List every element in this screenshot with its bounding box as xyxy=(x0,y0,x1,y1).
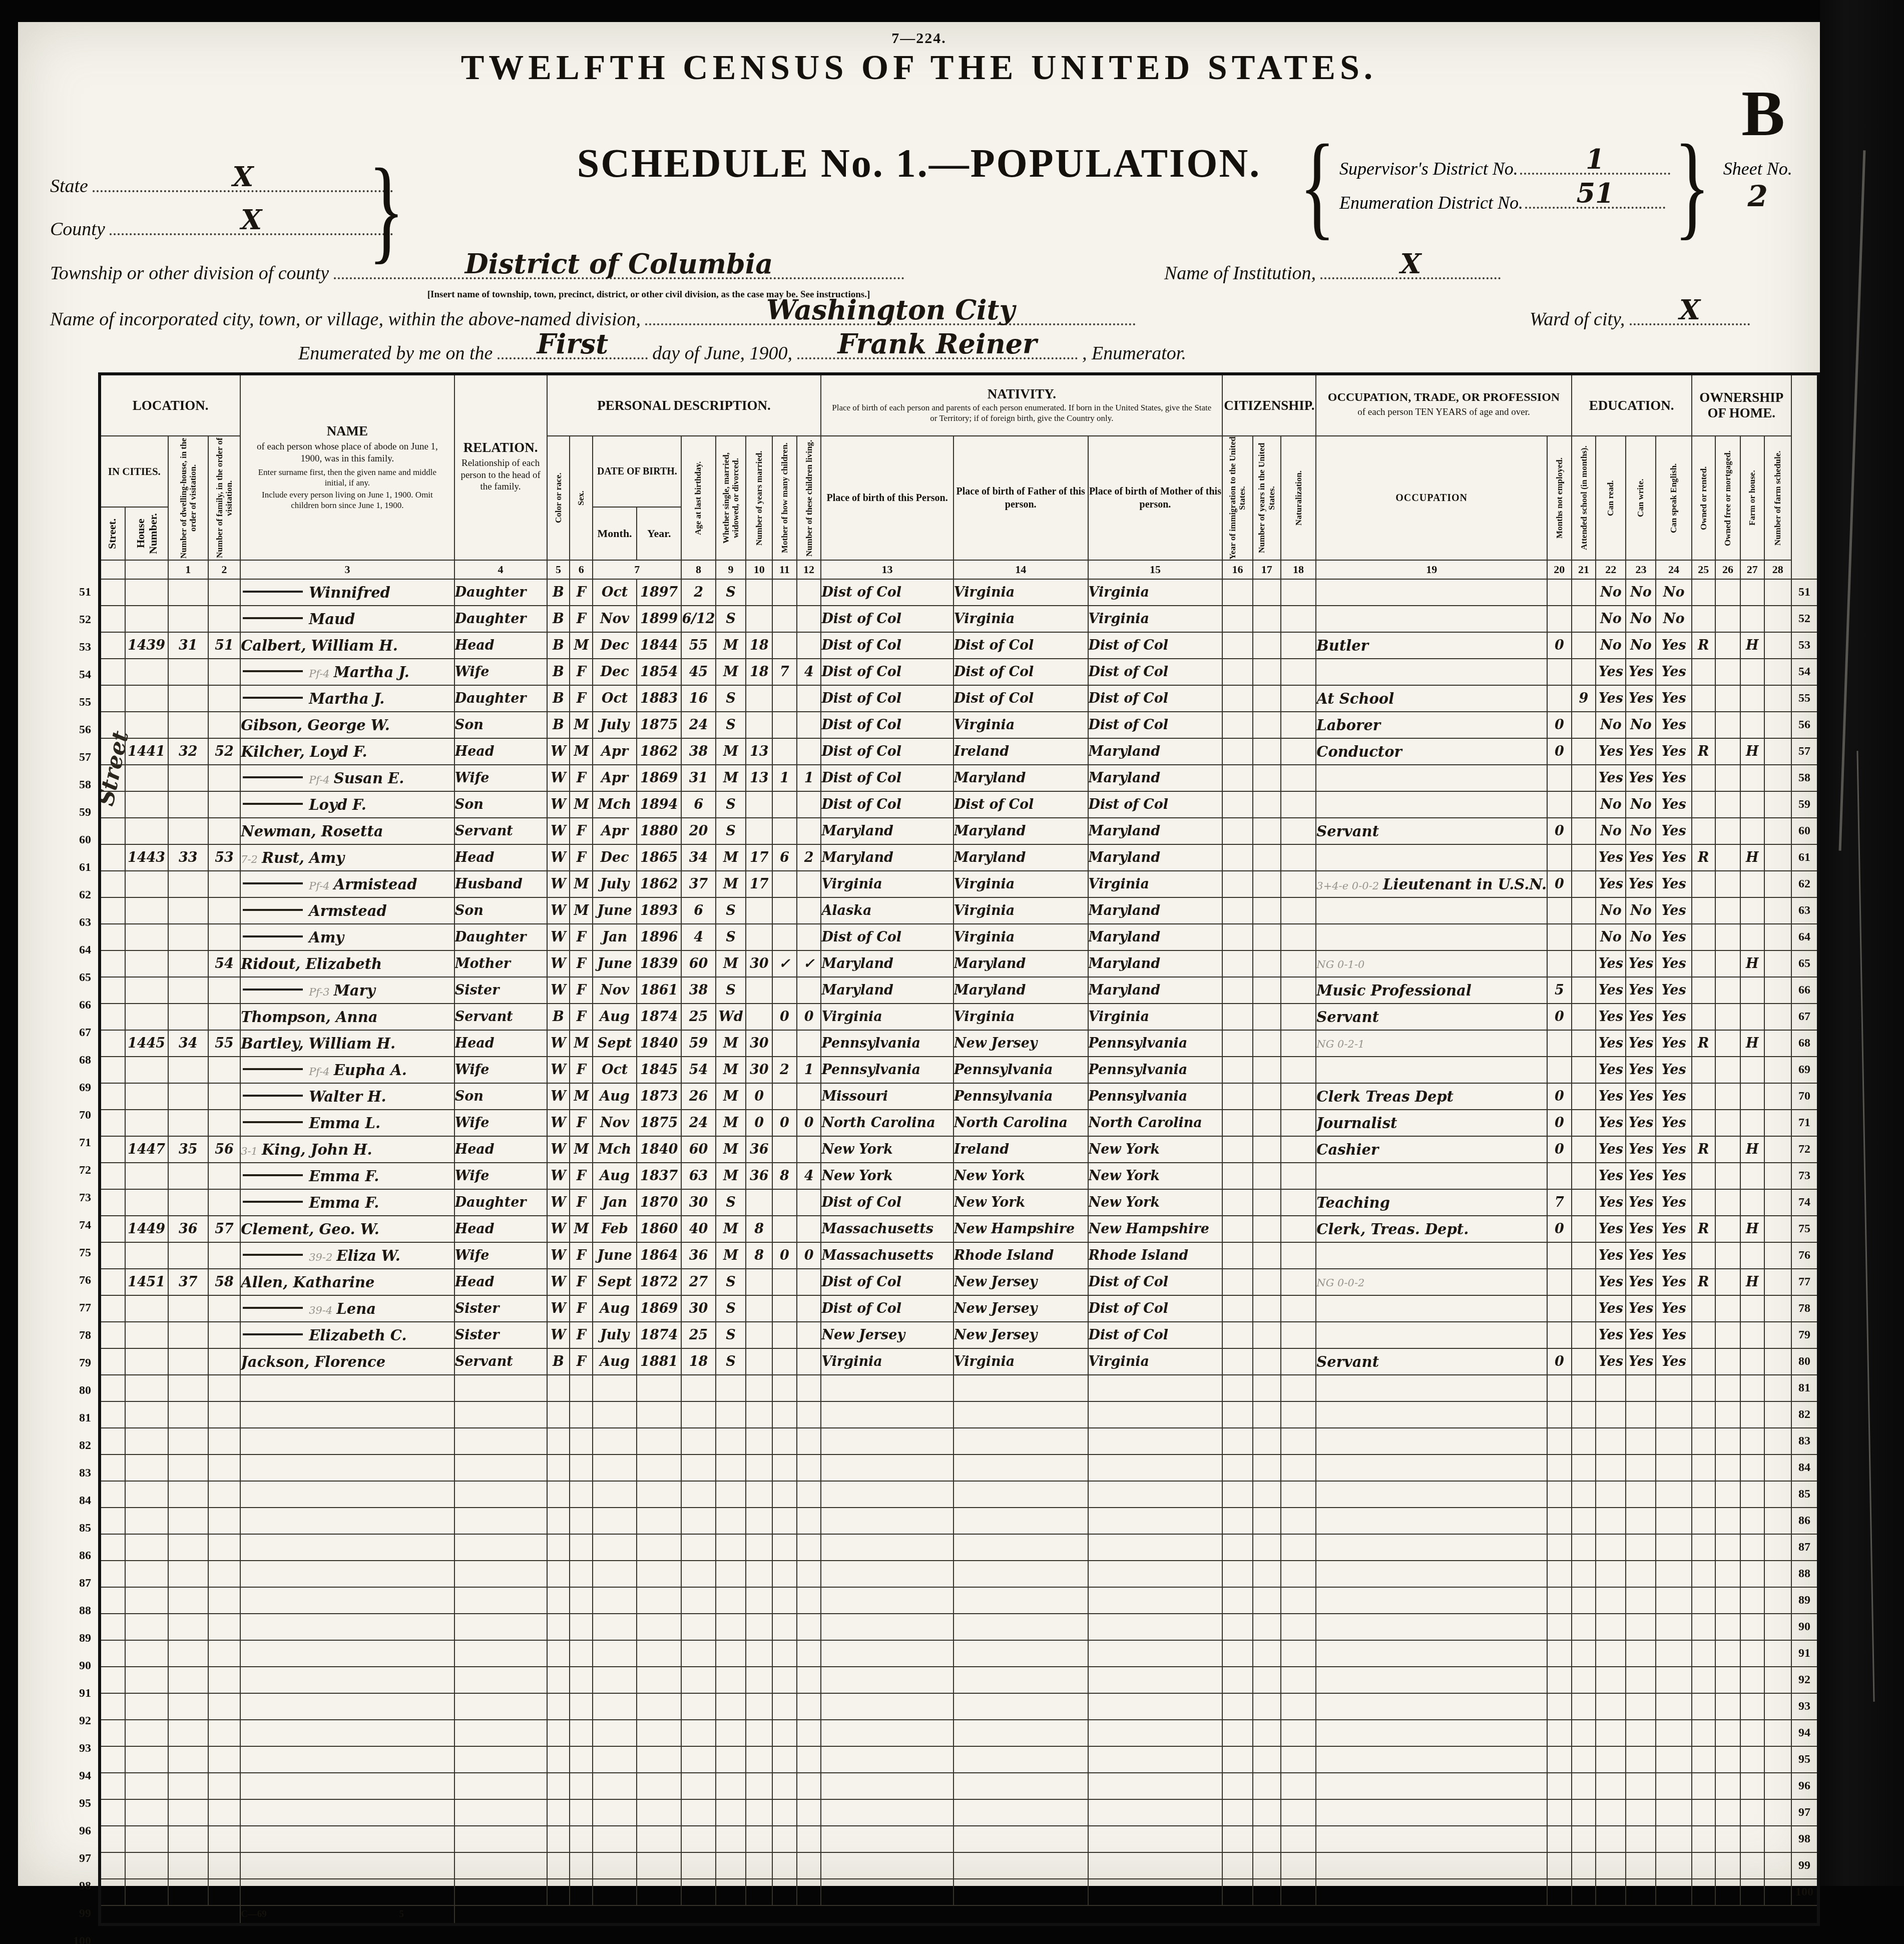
cell-nat xyxy=(1281,1057,1316,1083)
cell-pb: Dist of Col xyxy=(821,712,953,738)
cell-yr: 1875 xyxy=(637,712,682,738)
cell-pbf: Ireland xyxy=(954,1136,1088,1163)
cell-or xyxy=(1692,1826,1715,1852)
cell-dw xyxy=(168,1083,208,1110)
sch-value: 9 xyxy=(1579,691,1589,706)
cell-en xyxy=(1656,1401,1691,1428)
cell-mar: M xyxy=(716,950,746,977)
mch-value: 0 xyxy=(780,1248,789,1263)
cell-rel: Mother xyxy=(454,950,547,977)
cell-house xyxy=(125,1799,168,1826)
mo-value: Nov xyxy=(600,1115,629,1131)
cell-fm xyxy=(1715,1826,1740,1852)
cell-mo: Mch xyxy=(593,791,637,818)
cell-wr: Yes xyxy=(1626,1136,1656,1163)
cell-mo: Apr xyxy=(593,818,637,844)
wr-value: Yes xyxy=(1629,744,1653,759)
pb-value: Massachusetts xyxy=(821,1248,933,1263)
age-value: 30 xyxy=(689,1301,708,1316)
cell-mo: Aug xyxy=(593,1163,637,1189)
sex-value: F xyxy=(577,1248,586,1263)
pbm-value: New York xyxy=(1089,1195,1160,1210)
cell-sex xyxy=(570,1428,593,1454)
cell-rel xyxy=(454,1746,547,1773)
cell-fh xyxy=(1740,685,1764,712)
cell-col xyxy=(547,1614,570,1640)
cell-fam: 54 xyxy=(208,950,240,977)
table-row: 14453455Bartley, William H.HeadWMSept184… xyxy=(100,1030,1818,1057)
rd-value: No xyxy=(1600,903,1622,918)
cell-sch xyxy=(1572,1852,1596,1879)
yr-value: 1894 xyxy=(640,797,678,812)
cell-sch xyxy=(1572,1561,1596,1587)
sex-value: M xyxy=(574,638,589,653)
table-row: 89 xyxy=(100,1587,1818,1614)
cell-mch xyxy=(772,1614,797,1640)
margin-row-number: 67 xyxy=(62,1026,91,1040)
cell-occ: NG 0-0-2 xyxy=(1316,1269,1547,1295)
cell-col xyxy=(547,1799,570,1826)
cell-nat xyxy=(1281,1242,1316,1269)
ym-value: 13 xyxy=(750,744,769,759)
cell-yus xyxy=(1253,579,1281,606)
ditto-dash xyxy=(243,1254,303,1256)
cell-mar xyxy=(716,1375,746,1401)
col-value: B xyxy=(553,1009,564,1025)
wr-value: Yes xyxy=(1629,1221,1653,1237)
cell-mcl xyxy=(797,1348,821,1375)
cell-street xyxy=(100,765,125,791)
cell-num: 67 xyxy=(1791,1004,1818,1030)
mne-value: 7 xyxy=(1555,1195,1564,1210)
cell-rel xyxy=(454,1561,547,1587)
rel-value: Head xyxy=(455,638,495,653)
cell-fam xyxy=(208,1693,240,1720)
cell-col: W xyxy=(547,1110,570,1136)
cell-col xyxy=(547,1428,570,1454)
cell-fm xyxy=(1715,1534,1740,1561)
cell-pbm: Virginia xyxy=(1088,1348,1223,1375)
cell-yr xyxy=(637,1640,682,1667)
yr-value: 1893 xyxy=(640,903,678,918)
cell-pbf: North Carolina xyxy=(954,1110,1088,1136)
cell-wr xyxy=(1626,1799,1656,1826)
cell-or: R xyxy=(1692,632,1715,659)
cell-yus xyxy=(1253,1614,1281,1640)
cell-age xyxy=(681,1534,715,1561)
pbf-value: Ireland xyxy=(954,1142,1009,1157)
cell-rd: Yes xyxy=(1596,1242,1626,1269)
cell-name: Newman, Rosetta xyxy=(240,818,454,844)
cell-sex: M xyxy=(570,1083,593,1110)
cell-occ xyxy=(1316,924,1547,950)
col-age: Age at last birthday. xyxy=(681,436,715,560)
cell-age: 38 xyxy=(681,738,715,765)
table-row: Loyd F.SonWMMch18946SDist of ColDist of … xyxy=(100,791,1818,818)
cell-pbm: Virginia xyxy=(1088,1004,1223,1030)
cell-mo xyxy=(593,1826,637,1852)
mar-value: M xyxy=(723,1036,738,1051)
cell-street xyxy=(100,1428,125,1454)
cell-pb xyxy=(821,1587,953,1614)
pbf-value: New York xyxy=(954,1168,1025,1184)
cell-rel xyxy=(454,1640,547,1667)
cell-mcl xyxy=(797,1879,821,1905)
cell-im xyxy=(1222,1879,1253,1905)
cell-mch xyxy=(772,738,797,765)
occupation-value: Journalist xyxy=(1316,1115,1397,1132)
mne-value: 0 xyxy=(1555,823,1564,839)
margin-row-number: 65 xyxy=(62,971,91,985)
cell-dw xyxy=(168,1640,208,1667)
cell-pbf: Maryland xyxy=(954,765,1088,791)
cell-fh xyxy=(1740,1799,1764,1826)
cell-pbf: Dist of Col xyxy=(954,791,1088,818)
cell-fs xyxy=(1764,1561,1791,1587)
cell-name xyxy=(240,1826,454,1852)
cell-mne xyxy=(1547,1057,1572,1083)
mar-value: S xyxy=(726,717,736,733)
cell-fam xyxy=(208,1481,240,1508)
cell-sch xyxy=(1572,1057,1596,1083)
table-row: 84 xyxy=(100,1454,1818,1481)
cell-or xyxy=(1692,1348,1715,1375)
cell-ym xyxy=(746,1667,772,1693)
cell-en: Yes xyxy=(1656,897,1691,924)
cell-fh xyxy=(1740,1375,1764,1401)
cell-mch xyxy=(772,1454,797,1481)
cell-mo: Aug xyxy=(593,1004,637,1030)
margin-row-number: 59 xyxy=(62,806,91,819)
cell-age: 20 xyxy=(681,818,715,844)
cell-yr: 1883 xyxy=(637,685,682,712)
cell-fs xyxy=(1764,1879,1791,1905)
enumerated-day-line: First xyxy=(498,357,648,359)
cell-or xyxy=(1692,1534,1715,1561)
age-value: 45 xyxy=(689,664,708,680)
cell-col: B xyxy=(547,685,570,712)
pbf-value: Maryland xyxy=(954,850,1026,865)
cell-mne xyxy=(1547,765,1572,791)
cell-name: Bartley, William H. xyxy=(240,1030,454,1057)
house-value: 1441 xyxy=(128,744,165,759)
cell-mch xyxy=(772,1269,797,1295)
cell-or xyxy=(1692,1720,1715,1746)
cell-num: 63 xyxy=(1791,897,1818,924)
pbf-value: New Hampshire xyxy=(954,1221,1075,1237)
cell-mcl xyxy=(797,1720,821,1746)
cell-mo: Nov xyxy=(593,977,637,1004)
ditto-dash xyxy=(243,591,303,593)
column-number: 22 xyxy=(1596,560,1626,579)
cell-nat xyxy=(1281,1481,1316,1508)
cell-sch xyxy=(1572,1348,1596,1375)
column-number: 13 xyxy=(821,560,953,579)
cell-mar: M xyxy=(716,1083,746,1110)
mar-value: S xyxy=(726,903,736,918)
age-value: 34 xyxy=(689,850,708,865)
cell-yr: 1872 xyxy=(637,1269,682,1295)
cell-house xyxy=(125,1826,168,1852)
cell-or xyxy=(1692,1852,1715,1879)
cell-fs xyxy=(1764,632,1791,659)
cell-num: 100 xyxy=(1791,1879,1818,1905)
cell-mch xyxy=(772,1295,797,1322)
col-birthplace-person: Place of birth of this Person. xyxy=(821,436,953,560)
cell-fs xyxy=(1764,1693,1791,1720)
cell-mo xyxy=(593,1561,637,1587)
cell-fm xyxy=(1715,1348,1740,1375)
pb-value: Alaska xyxy=(821,903,871,918)
cell-num: 98 xyxy=(1791,1826,1818,1852)
cell-fs xyxy=(1764,1348,1791,1375)
pbf-value: Virginia xyxy=(954,929,1015,945)
cell-age xyxy=(681,1667,715,1693)
cell-wr: Yes xyxy=(1626,871,1656,897)
cell-mcl xyxy=(797,1216,821,1242)
cell-fh xyxy=(1740,1720,1764,1746)
cell-ym xyxy=(746,1534,772,1561)
cell-yr xyxy=(637,1746,682,1773)
cell-age xyxy=(681,1720,715,1746)
age-value: 36 xyxy=(689,1248,708,1263)
cell-yr: 1861 xyxy=(637,977,682,1004)
margin-row-number: 70 xyxy=(62,1109,91,1122)
cell-fh: H xyxy=(1740,950,1764,977)
ym-value: 30 xyxy=(750,956,769,971)
cell-num: 55 xyxy=(1791,685,1818,712)
cell-rel xyxy=(454,1428,547,1454)
cell-en: Yes xyxy=(1656,765,1691,791)
cell-pbf xyxy=(954,1587,1088,1614)
col-marital-status: Whether single, married, widowed, or div… xyxy=(716,436,746,560)
col-occupation: OCCUPATION xyxy=(1316,436,1547,560)
cell-sch xyxy=(1572,712,1596,738)
cell-street xyxy=(100,977,125,1004)
cell-num: 93 xyxy=(1791,1693,1818,1720)
cell-mne xyxy=(1547,1322,1572,1348)
yr-value: 1897 xyxy=(640,585,678,600)
cell-wr: Yes xyxy=(1626,844,1656,871)
cell-wr: No xyxy=(1626,791,1656,818)
en-value: Yes xyxy=(1661,1274,1686,1290)
rd-value: Yes xyxy=(1599,876,1623,892)
cell-mar xyxy=(716,1640,746,1667)
cell-sex xyxy=(570,1534,593,1561)
cell-col: W xyxy=(547,1083,570,1110)
margin-row-number: 86 xyxy=(62,1549,91,1563)
cell-fam xyxy=(208,1110,240,1136)
cell-wr xyxy=(1626,1773,1656,1799)
column-number: 5 xyxy=(547,560,570,579)
cell-rel: Head xyxy=(454,1136,547,1163)
cell-im xyxy=(1222,1640,1253,1667)
cell-wr xyxy=(1626,1614,1656,1640)
enumeration-district-line: 51 xyxy=(1525,207,1665,209)
cell-mne xyxy=(1547,1534,1572,1561)
cell-pbf: Maryland xyxy=(954,818,1088,844)
en-value: Yes xyxy=(1661,797,1686,812)
cell-or: R xyxy=(1692,1030,1715,1057)
cell-num: 90 xyxy=(1791,1614,1818,1640)
margin-row-number: 96 xyxy=(62,1824,91,1838)
cell-sex: F xyxy=(570,1269,593,1295)
age-value: 59 xyxy=(689,1036,708,1051)
pbm-value: Virginia xyxy=(1089,1354,1149,1369)
cell-pbm: Dist of Col xyxy=(1088,1322,1223,1348)
cell-nat xyxy=(1281,1216,1316,1242)
cell-yus xyxy=(1253,1030,1281,1057)
pb-value: Maryland xyxy=(821,850,893,865)
cell-im xyxy=(1222,1189,1253,1216)
person-name: King, John H. xyxy=(262,1141,372,1158)
yr-value: 1874 xyxy=(640,1009,678,1025)
margin-row-number: 71 xyxy=(62,1136,91,1150)
cell-mch: 6 xyxy=(772,844,797,871)
cell-fs xyxy=(1764,977,1791,1004)
cell-rd: No xyxy=(1596,818,1626,844)
cell-occ xyxy=(1316,1773,1547,1799)
sex-value: F xyxy=(577,850,586,865)
cell-mch xyxy=(772,1136,797,1163)
cell-age: 60 xyxy=(681,1136,715,1163)
rel-value: Wife xyxy=(455,664,490,680)
cell-fh xyxy=(1740,1004,1764,1030)
yr-value: 1844 xyxy=(640,638,678,653)
brace-glyph: } xyxy=(368,152,404,268)
cell-sch xyxy=(1572,1004,1596,1030)
cell-rel: Head xyxy=(454,738,547,765)
cell-mcl xyxy=(797,897,821,924)
cell-or: R xyxy=(1692,844,1715,871)
cell-rel: Head xyxy=(454,632,547,659)
cell-house xyxy=(125,1428,168,1454)
cell-mne: 5 xyxy=(1547,977,1572,1004)
cell-fm xyxy=(1715,685,1740,712)
cell-mne xyxy=(1547,1667,1572,1693)
cell-sex: M xyxy=(570,1136,593,1163)
cell-rd: No xyxy=(1596,791,1626,818)
col-value: W xyxy=(551,876,566,892)
cell-or: R xyxy=(1692,1136,1715,1163)
cell-sex: F xyxy=(570,659,593,685)
rel-value: Daughter xyxy=(455,1195,527,1210)
table-row: Newman, RosettaServantWFApr188020SMaryla… xyxy=(100,818,1818,844)
person-name: Emma F. xyxy=(309,1168,379,1185)
cell-rd: No xyxy=(1596,579,1626,606)
table-row: 91 xyxy=(100,1640,1818,1667)
enumerated-prefix: Enumerated by me on the xyxy=(298,343,493,364)
cell-mcl xyxy=(797,977,821,1004)
cell-mne xyxy=(1547,1640,1572,1667)
dw-value: 37 xyxy=(179,1274,198,1290)
population-schedule-table: LOCATION. NAME of each person whose plac… xyxy=(98,372,1820,1926)
cell-pbm xyxy=(1088,1534,1223,1561)
scanned-census-page: { "header": { "form_number": "7—224.", "… xyxy=(0,0,1904,1944)
pbf-value: New Jersey xyxy=(954,1301,1038,1316)
en-value: Yes xyxy=(1661,1195,1686,1210)
cell-pbf xyxy=(954,1534,1088,1561)
cell-age xyxy=(681,1746,715,1773)
sex-value: M xyxy=(574,797,589,812)
col-value: B xyxy=(553,638,564,653)
cell-mcl xyxy=(797,1083,821,1110)
fam-value: 56 xyxy=(215,1142,234,1157)
pbm-value: Dist of Col xyxy=(1089,1327,1169,1343)
en-value: Yes xyxy=(1661,1301,1686,1316)
table-row: 100 xyxy=(100,1879,1818,1905)
cell-rd xyxy=(1596,1746,1626,1773)
cell-occ xyxy=(1316,1667,1547,1693)
cell-sex xyxy=(570,1640,593,1667)
col-value: W xyxy=(551,1274,566,1290)
margin-row-number: 60 xyxy=(62,833,91,847)
cell-occ xyxy=(1316,1799,1547,1826)
margin-row-number: 52 xyxy=(62,613,91,627)
pbf-value: Maryland xyxy=(954,983,1026,998)
cell-yus xyxy=(1253,1136,1281,1163)
person-name: Maud xyxy=(309,611,355,628)
pb-value: Dist of Col xyxy=(821,638,901,653)
ditto-dash xyxy=(243,776,303,778)
cell-yus xyxy=(1253,1454,1281,1481)
wr-value: No xyxy=(1630,717,1652,733)
cell-mar: S xyxy=(716,712,746,738)
mcl-value: 0 xyxy=(804,1248,814,1263)
cell-nat xyxy=(1281,606,1316,632)
cell-nat xyxy=(1281,1401,1316,1428)
cell-dw xyxy=(168,1693,208,1720)
cell-fam: 55 xyxy=(208,1030,240,1057)
cell-street xyxy=(100,1773,125,1799)
cell-pbf xyxy=(954,1454,1088,1481)
pbf-value: Virginia xyxy=(954,1354,1015,1369)
cell-street xyxy=(100,1508,125,1534)
column-number: 1 xyxy=(168,560,208,579)
cell-ym: 30 xyxy=(746,1057,772,1083)
cell-yus xyxy=(1253,1083,1281,1110)
cell-yr xyxy=(637,1481,682,1508)
column-number: 9 xyxy=(716,560,746,579)
cell-mch xyxy=(772,1693,797,1720)
cell-im xyxy=(1222,1561,1253,1587)
cell-pbm xyxy=(1088,1428,1223,1454)
rd-value: Yes xyxy=(1599,1009,1623,1025)
cell-mne xyxy=(1547,1587,1572,1614)
cell-wr: Yes xyxy=(1626,1269,1656,1295)
cell-yr: 1839 xyxy=(637,950,682,977)
cell-street xyxy=(100,818,125,844)
cell-age xyxy=(681,1375,715,1401)
cell-street xyxy=(100,1852,125,1879)
pbm-value: Maryland xyxy=(1089,983,1161,998)
cell-sch xyxy=(1572,1401,1596,1428)
enumerated-middle: day of June, 1900, xyxy=(652,343,792,364)
cell-pb xyxy=(821,1640,953,1667)
wr-value: Yes xyxy=(1629,1036,1653,1051)
cell-fm xyxy=(1715,1083,1740,1110)
mcl-value: 1 xyxy=(804,1062,814,1078)
cell-yus xyxy=(1253,818,1281,844)
table-row: Pf-4ArmisteadHusbandWMJuly186237M17Virgi… xyxy=(100,871,1818,897)
cell-pb: North Carolina xyxy=(821,1110,953,1136)
table-row: 39-2Eliza W.WifeWFJune186436M800Massachu… xyxy=(100,1242,1818,1269)
table-row: Jackson, FlorenceServantBFAug188118SVirg… xyxy=(100,1348,1818,1375)
cell-en: Yes xyxy=(1656,712,1691,738)
col-value: W xyxy=(551,1327,566,1343)
cell-street xyxy=(100,871,125,897)
form-number: 7—224. xyxy=(18,30,1820,47)
